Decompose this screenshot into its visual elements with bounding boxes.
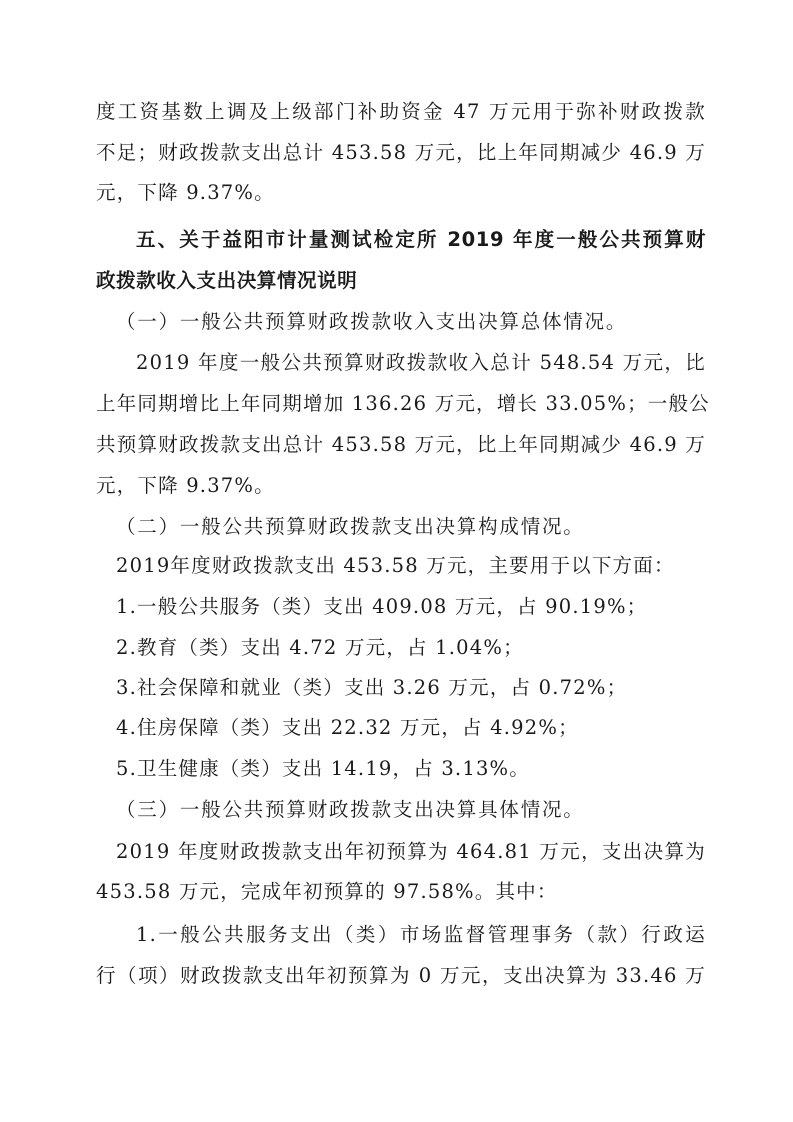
paragraph-line: 元，下降 9.37%。 — [96, 474, 706, 498]
list-item: 2.教育（类）支出 4.72 万元，占 1.04%； — [116, 636, 726, 660]
section-heading: 五、关于益阳市计量测试检定所 2019 年度一般公共预算财 — [136, 228, 706, 252]
subsection-title: （二）一般公共预算财政拨款支出决算构成情况。 — [116, 515, 726, 539]
list-item: 1.一般公共服务（类）支出 409.08 万元，占 90.19%； — [116, 595, 726, 619]
list-item: 3.社会保障和就业（类）支出 3.26 万元，占 0.72%； — [116, 676, 726, 700]
paragraph-line: 2019 年度财政拨款支出年初预算为 464.81 万元，支出决算为 — [116, 840, 706, 864]
list-item: 5.卫生健康（类）支出 14.19，占 3.13%。 — [116, 757, 726, 781]
paragraph-line: 度工资基数上调及上级部门补助资金 47 万元用于弥补财政拨款 — [96, 100, 706, 124]
document-page: 度工资基数上调及上级部门补助资金 47 万元用于弥补财政拨款 不足；财政拨款支出… — [0, 0, 793, 1122]
list-item: 4.住房保障（类）支出 22.32 万元，占 4.92%； — [116, 716, 726, 740]
paragraph-line: 共预算财政拨款支出总计 453.58 万元，比上年同期减少 46.9 万 — [96, 433, 706, 457]
paragraph-line: 行（项）财政拨款支出年初预算为 0 万元，支出决算为 33.46 万 — [96, 964, 706, 988]
paragraph-line: 上年同期增比上年同期增加 136.26 万元，增长 33.05%；一般公 — [96, 392, 706, 416]
paragraph-line: 元，下降 9.37%。 — [96, 181, 706, 205]
section-heading: 政拨款收入支出决算情况说明 — [96, 269, 706, 293]
paragraph-line: 453.58 万元，完成年初预算的 97.58%。其中： — [96, 880, 706, 904]
subsection-title: （三）一般公共预算财政拨款支出决算具体情况。 — [116, 798, 726, 822]
paragraph-line: 2019 年度一般公共预算财政拨款收入总计 548.54 万元，比 — [136, 351, 706, 375]
paragraph-line: 不足；财政拨款支出总计 453.58 万元，比上年同期减少 46.9 万 — [96, 141, 706, 165]
subsection-title: （一）一般公共预算财政拨款收入支出决算总体情况。 — [116, 310, 726, 334]
paragraph-line: 2019年度财政拨款支出 453.58 万元，主要用于以下方面： — [116, 554, 726, 578]
paragraph-line: 1.一般公共服务支出（类）市场监督管理事务（款）行政运 — [136, 923, 706, 947]
